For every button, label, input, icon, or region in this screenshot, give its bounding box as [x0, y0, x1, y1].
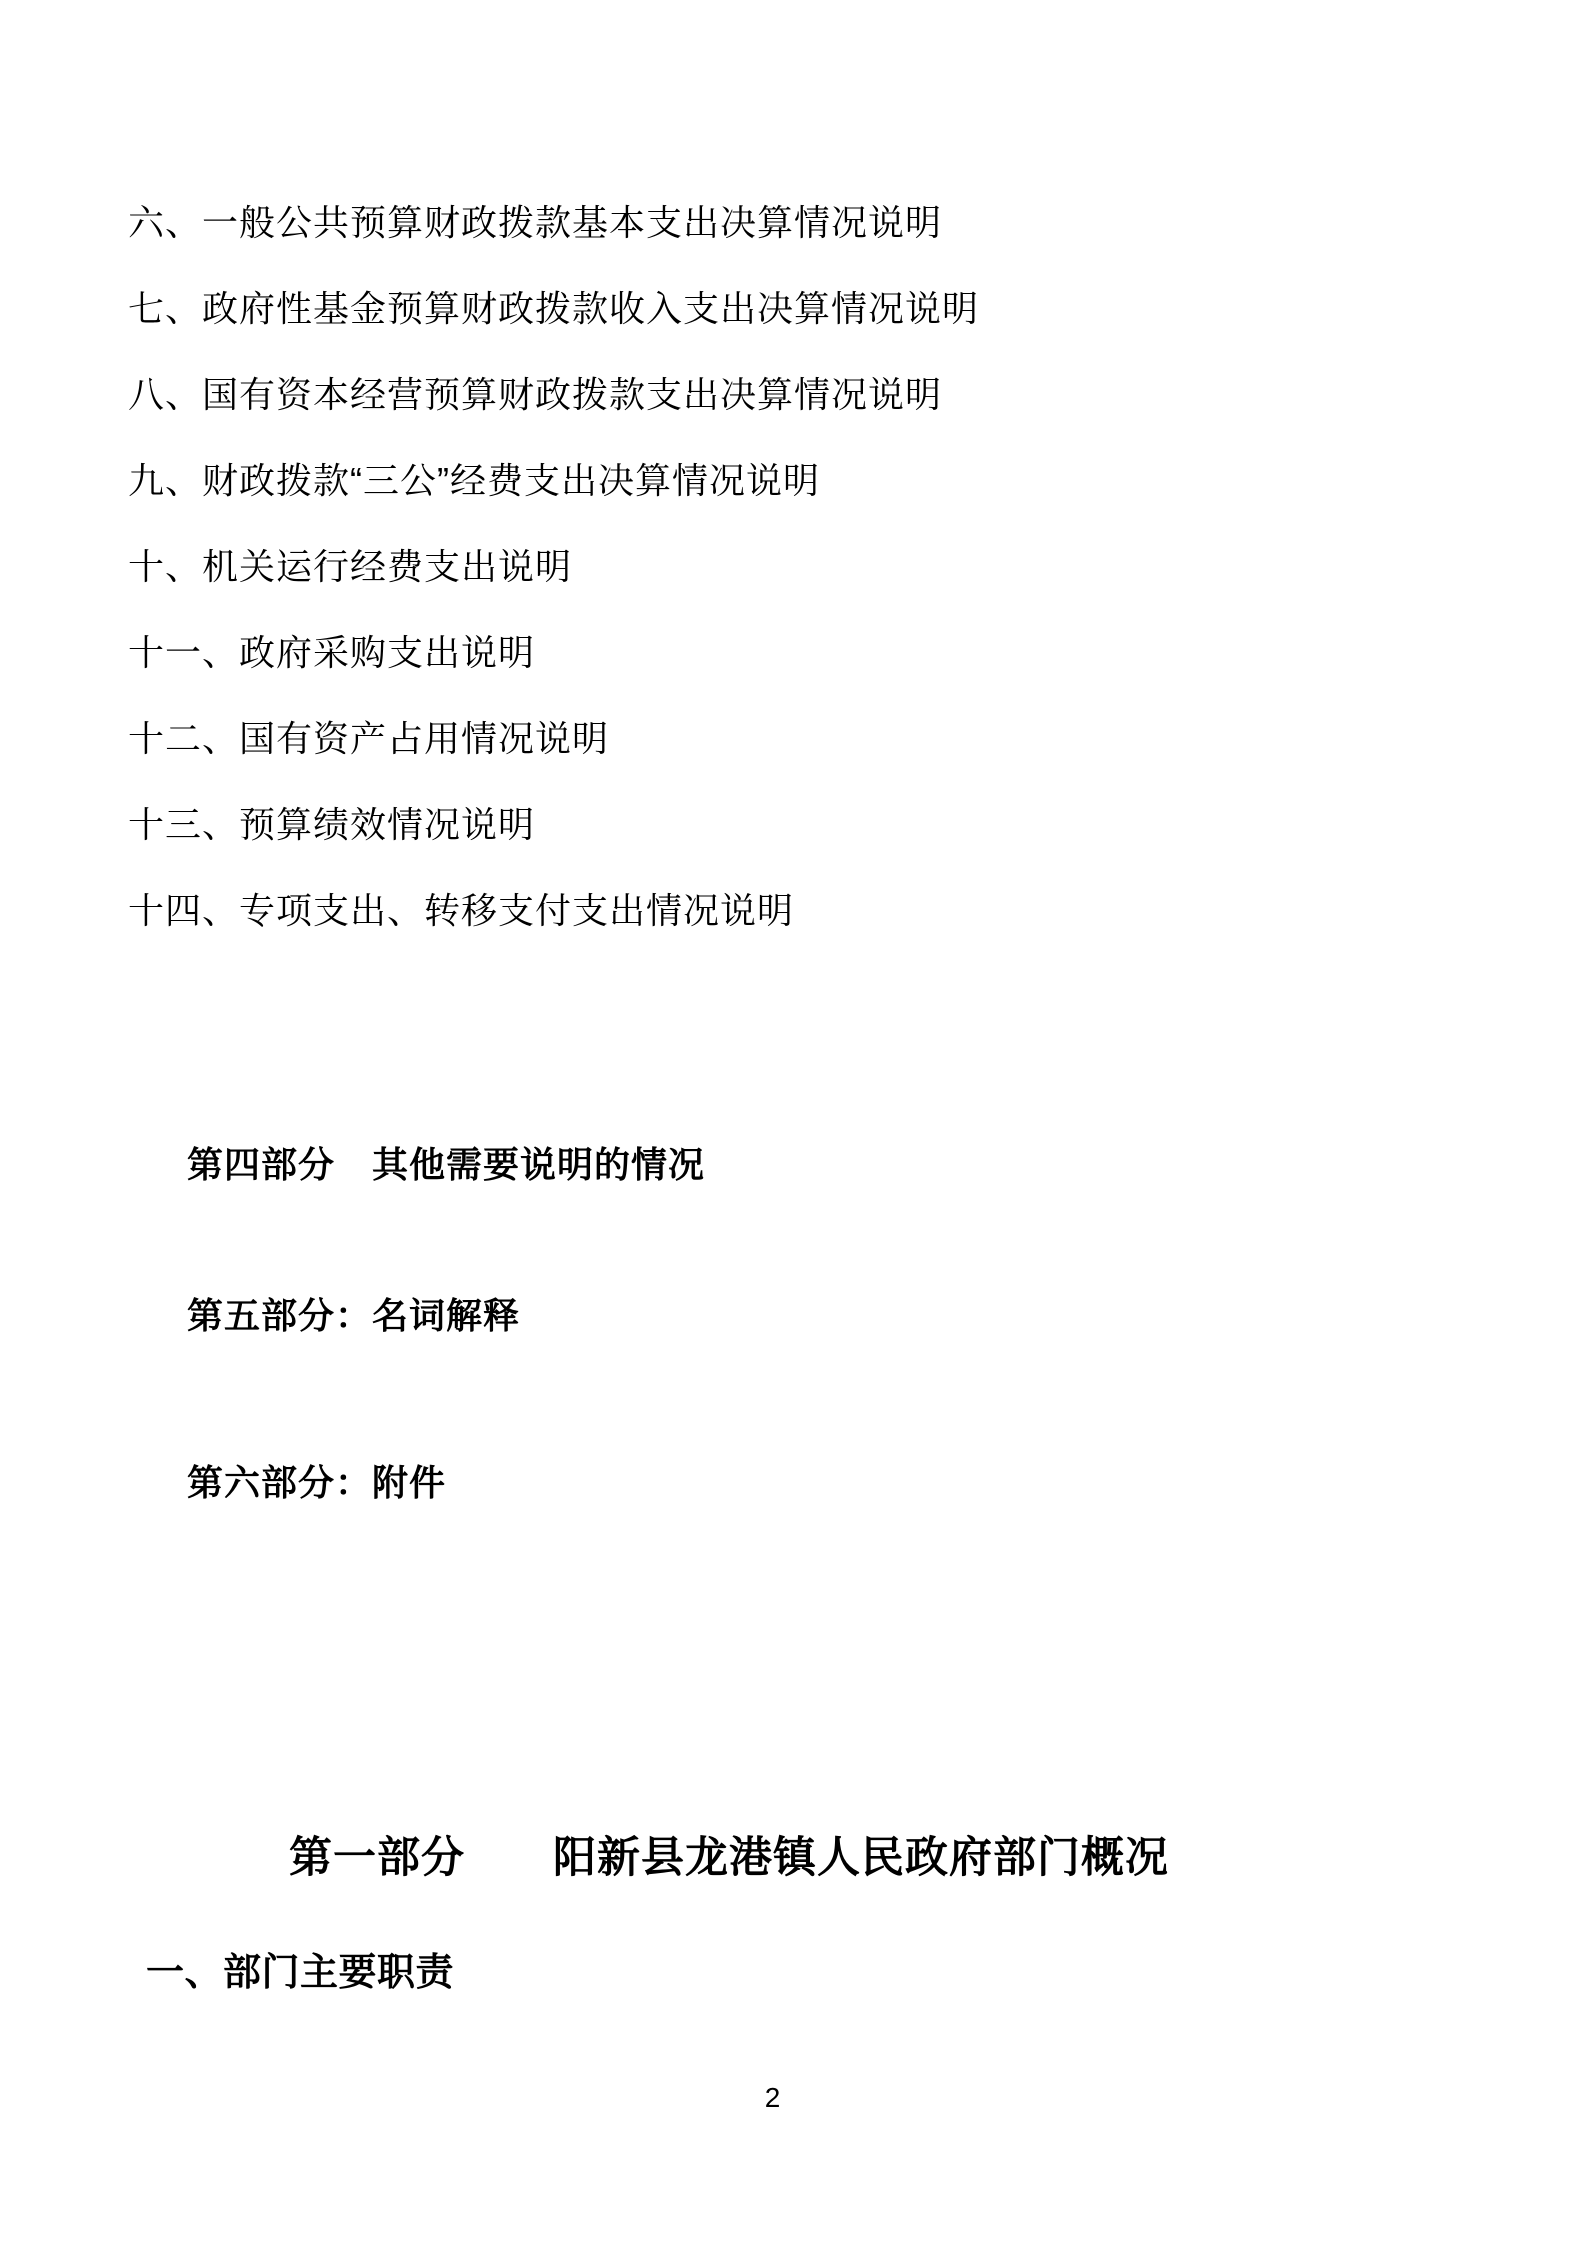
- section-heading-part4: 第四部分 其他需要说明的情况: [187, 1137, 705, 1188]
- toc-item: 十三、预算绩效情况说明: [128, 782, 979, 868]
- section-heading-part6: 第六部分：附件: [187, 1455, 446, 1506]
- section-heading-main-duties: 一、部门主要职责: [146, 1941, 454, 1996]
- toc-item: 九、财政拨款“三公”经费支出决算情况说明: [128, 438, 979, 524]
- section-heading-part5: 第五部分：名词解释: [187, 1288, 520, 1339]
- toc-item: 十二、国有资产占用情况说明: [128, 696, 979, 782]
- toc-item: 七、政府性基金预算财政拨款收入支出决算情况说明: [128, 266, 979, 352]
- document-page: 六、一般公共预算财政拨款基本支出决算情况说明 七、政府性基金预算财政拨款收入支出…: [0, 0, 1587, 2245]
- page-number: 2: [0, 2082, 1545, 2114]
- toc-item: 八、国有资本经营预算财政拨款支出决算情况说明: [128, 352, 979, 438]
- toc-item: 十一、政府采购支出说明: [128, 610, 979, 696]
- toc-item: 十四、专项支出、转移支付支出情况说明: [128, 868, 979, 954]
- toc-item: 十、机关运行经费支出说明: [128, 524, 979, 610]
- toc-item: 六、一般公共预算财政拨款基本支出决算情况说明: [128, 180, 979, 266]
- part1-title: 第一部分 阳新县龙港镇人民政府部门概况: [289, 1824, 1169, 1885]
- toc-list: 六、一般公共预算财政拨款基本支出决算情况说明 七、政府性基金预算财政拨款收入支出…: [128, 180, 979, 954]
